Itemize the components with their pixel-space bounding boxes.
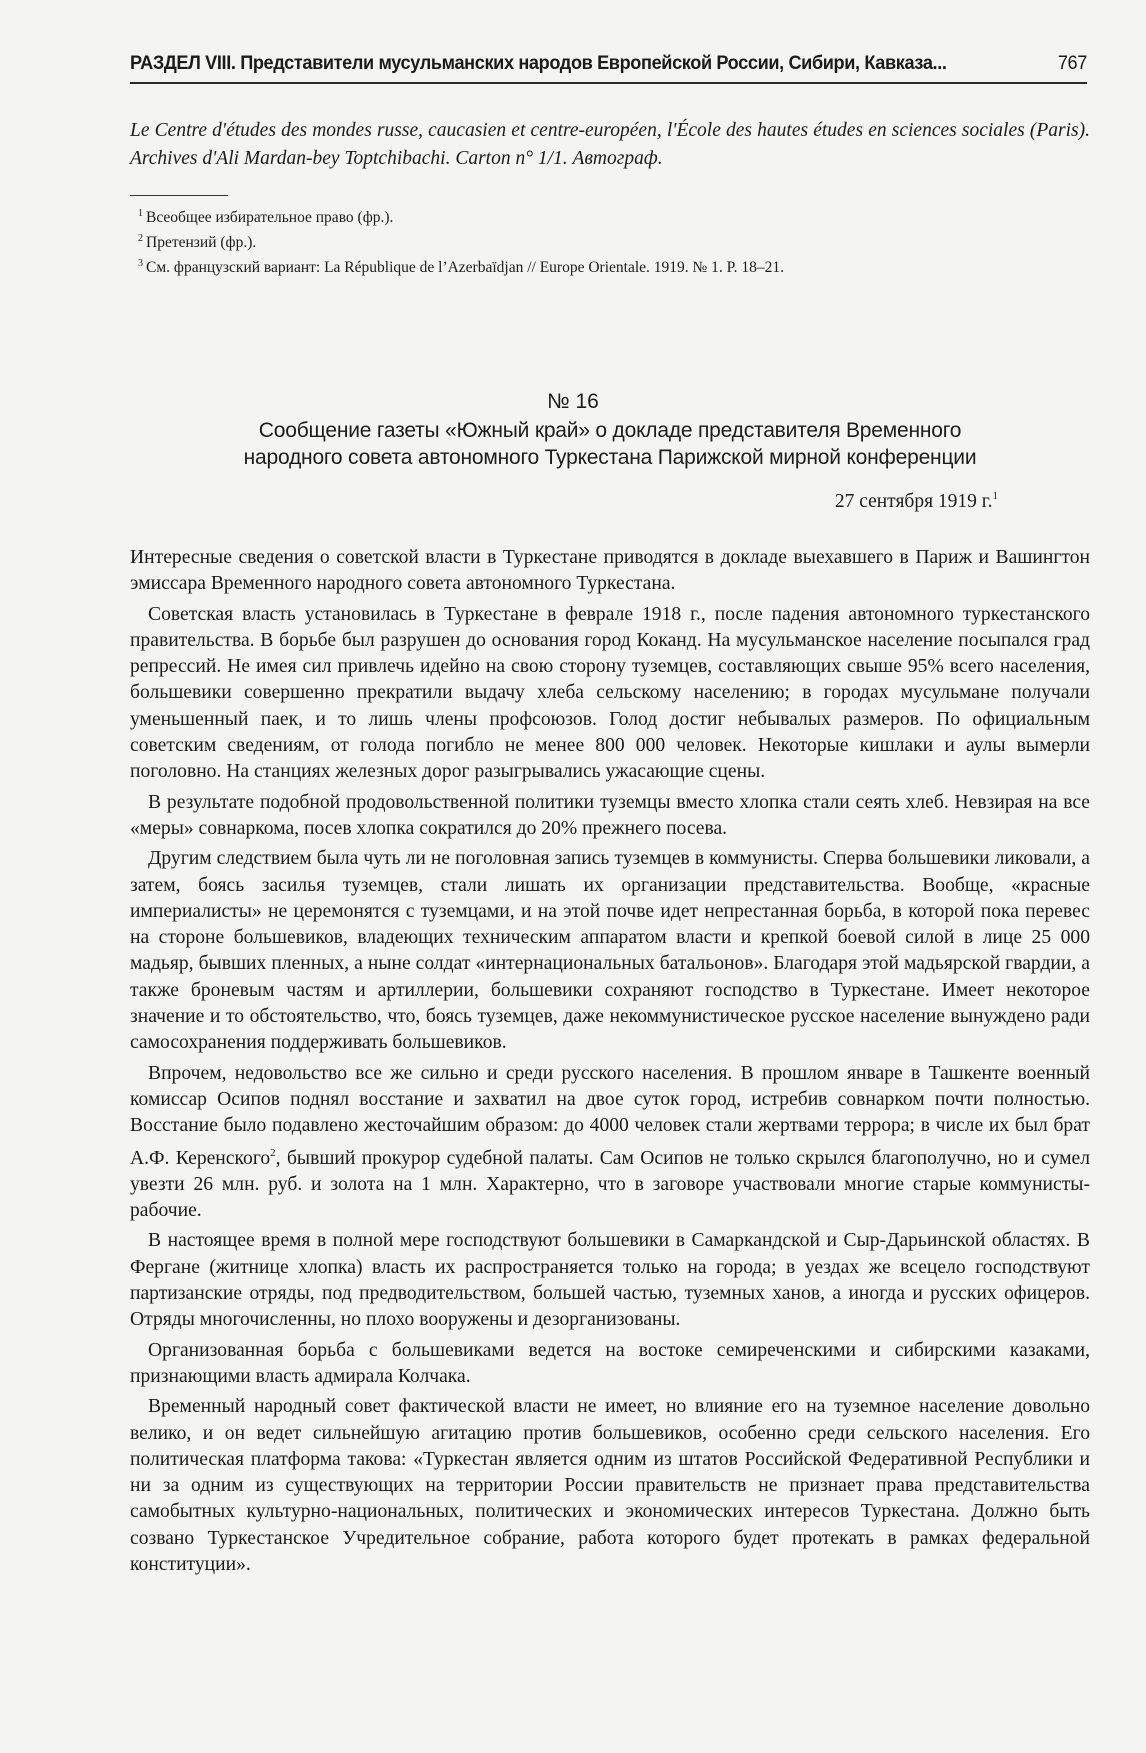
footnote-marker: 3 bbox=[138, 258, 143, 269]
document-date: 27 сентября 1919 г.1 bbox=[835, 490, 998, 513]
header-rule bbox=[130, 82, 1087, 84]
paragraph: Организованная борьба с большевиками вед… bbox=[130, 1338, 1090, 1391]
footnotes: 1Всеобщее избирательное право (фр.). 2Пр… bbox=[138, 203, 1098, 278]
footnote-text: Всеобщее избирательное право (фр.). bbox=[146, 209, 393, 226]
footnote-marker: 2 bbox=[138, 233, 143, 244]
paragraph: Интересные сведения о советской власти в… bbox=[130, 545, 1090, 598]
book-page: РАЗДЕЛ VIII. Представители мусульманских… bbox=[0, 0, 1146, 1753]
archival-source-note: Le Centre d'études des mondes russe, cau… bbox=[130, 117, 1090, 173]
paragraph: В результате подобной продовольственной … bbox=[130, 790, 1090, 843]
section-title: РАЗДЕЛ VIII. Представители мусульманских… bbox=[130, 52, 947, 75]
document-number: № 16 bbox=[0, 390, 1146, 414]
footnote-text: См. французский вариант: La République d… bbox=[146, 259, 784, 276]
paragraph: В настоящее время в полной мере господст… bbox=[130, 1228, 1090, 1333]
paragraph: Советская власть установилась в Туркеста… bbox=[130, 602, 1090, 786]
footnote-separator bbox=[130, 195, 228, 196]
paragraph: Впрочем, недовольство все же сильно и ср… bbox=[130, 1061, 1090, 1225]
document-title: Сообщение газеты «Южный край» о докладе … bbox=[130, 417, 1090, 471]
footnote: 2Претензий (фр.). bbox=[138, 228, 1098, 253]
footnote: 1Всеобщее избирательное право (фр.). bbox=[138, 203, 1098, 228]
page-number: 767 bbox=[1058, 52, 1087, 75]
document-title-line: народного совета автономного Туркестана … bbox=[130, 444, 1090, 471]
running-header: РАЗДЕЛ VIII. Представители мусульманских… bbox=[130, 52, 1087, 75]
footnote: 3См. французский вариант: La République … bbox=[138, 253, 1098, 278]
paragraph: Временный народный совет фактической вла… bbox=[130, 1394, 1090, 1578]
date-text: 27 сентября 1919 г. bbox=[835, 491, 993, 512]
footnote-text: Претензий (фр.). bbox=[146, 234, 256, 251]
footnote-marker: 1 bbox=[993, 490, 999, 502]
footnote-marker: 1 bbox=[138, 208, 143, 219]
document-body: Интересные сведения о советской власти в… bbox=[130, 545, 1090, 1582]
document-title-line: Сообщение газеты «Южный край» о докладе … bbox=[130, 417, 1090, 444]
paragraph: Другим следствием была чуть ли не поголо… bbox=[130, 846, 1090, 1056]
